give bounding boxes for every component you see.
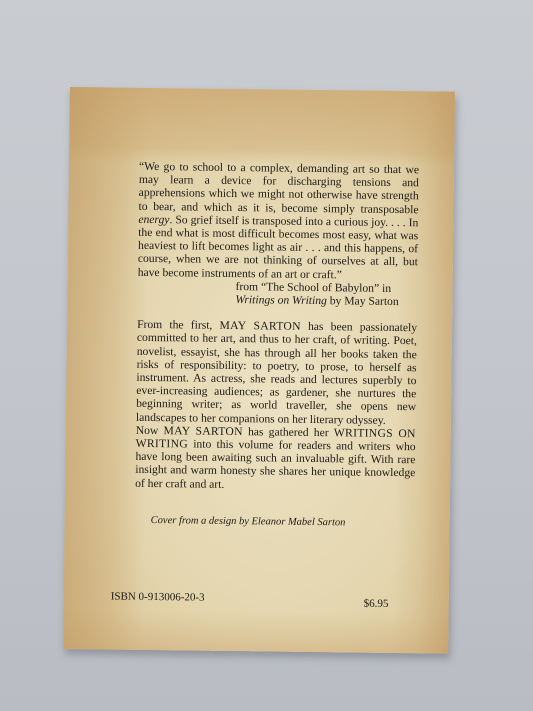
quote-text-part-1: “We go to school to a complex, demanding…	[138, 160, 419, 216]
price-label: $6.95	[364, 598, 389, 610]
isbn-number: ISBN 0-913006-20-3	[111, 591, 205, 604]
attribution-book-title: Writings on Writing	[235, 293, 327, 307]
book-back-cover: “We go to school to a complex, demanding…	[63, 87, 455, 654]
blurb-2-mid: has gathered her	[243, 425, 334, 439]
author-name: MAY SARTON	[220, 319, 301, 333]
author-name: MAY SARTON	[163, 424, 242, 438]
blurb-paragraph-2: Now MAY SARTON has gathered her WRITINGS…	[135, 424, 416, 493]
epigraph-quote: “We go to school to a complex, demanding…	[138, 160, 419, 282]
quote-text-part-2: . So grief itself is transposed into a c…	[138, 213, 419, 281]
cover-text: “We go to school to a complex, demanding…	[135, 160, 419, 493]
quote-attribution: from “The School of Babylon” inWritings …	[235, 280, 417, 309]
cover-design-credit: Cover from a design by Eleanor Mabel Sar…	[151, 515, 346, 528]
blurb-1-text: has been passionately committed to her a…	[136, 320, 417, 426]
blurb-paragraph-1: From the first, MAY SARTON has been pass…	[136, 318, 417, 427]
blurb-2-lead: Now	[136, 424, 164, 437]
blurb-1-lead: From the first,	[137, 318, 220, 332]
quote-emphasis: energy	[138, 213, 169, 226]
attribution-author: by May Sarton	[327, 294, 399, 308]
